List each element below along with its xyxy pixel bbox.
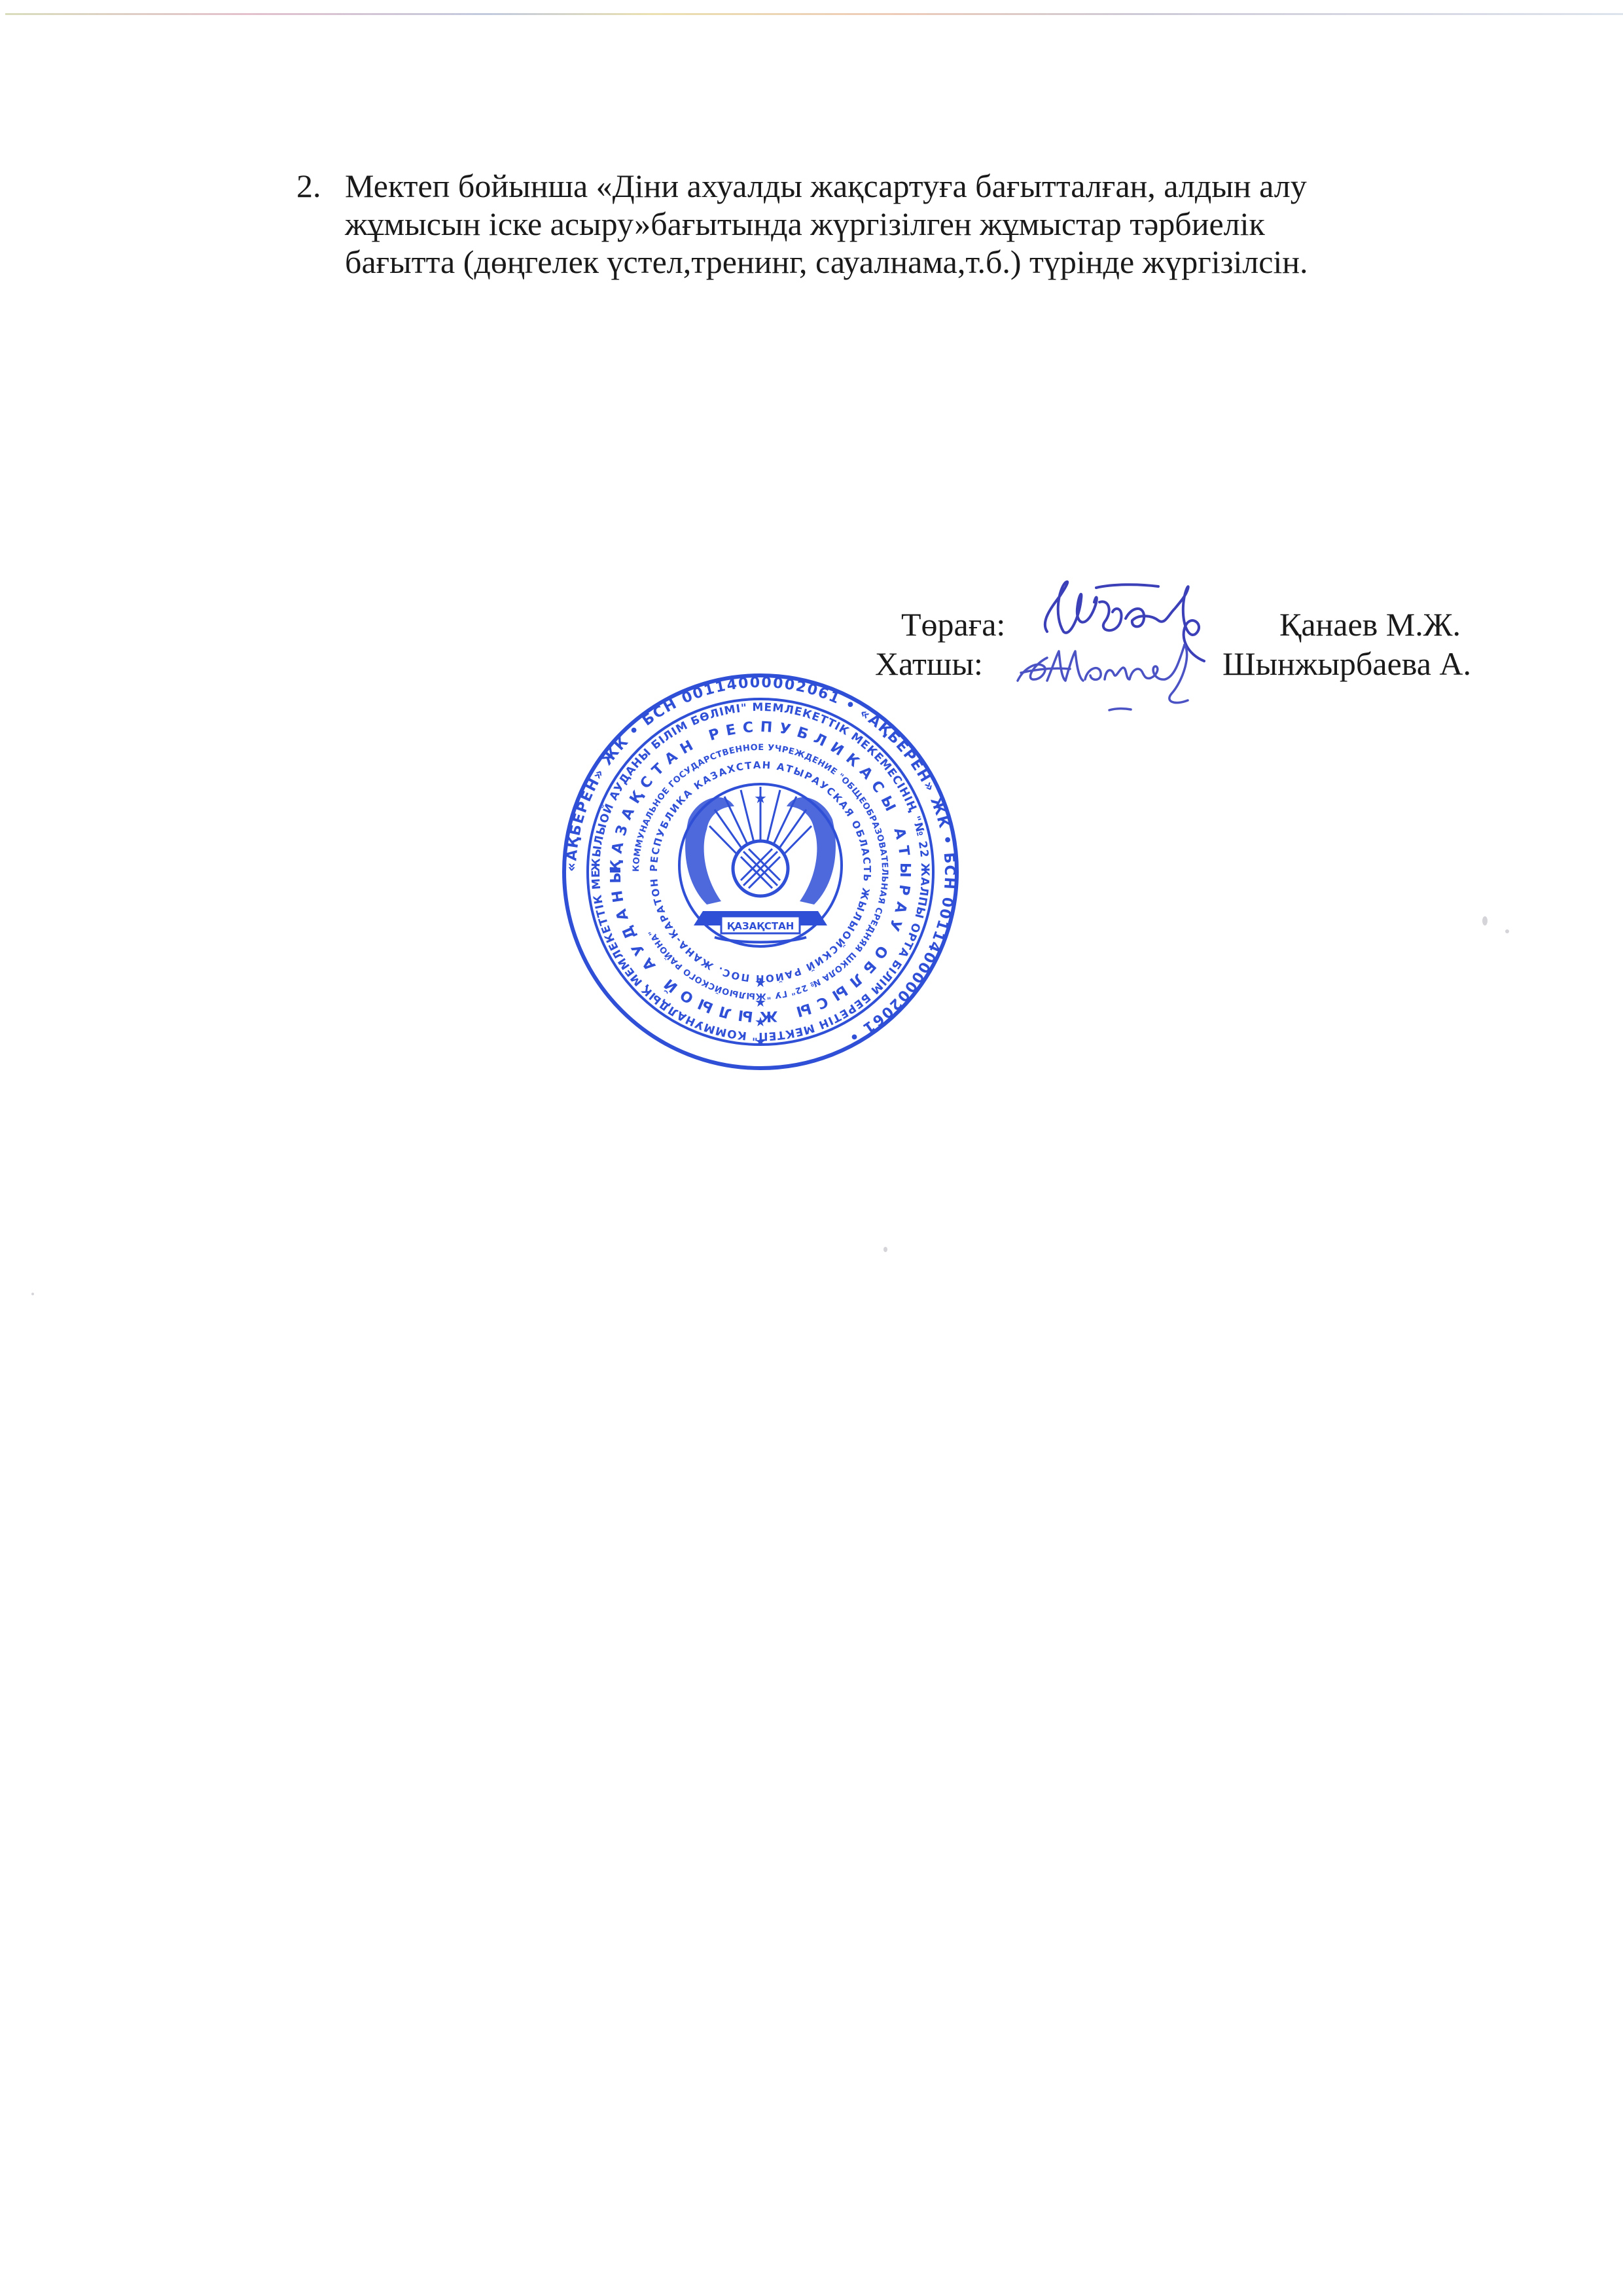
resolution-line: жұмысын іске асыру»бағытында жүргізілген… xyxy=(345,205,1503,243)
svg-text:★: ★ xyxy=(754,791,767,807)
chair-name: Қанаев М.Ж. xyxy=(1279,605,1461,643)
secretary-signature xyxy=(1008,628,1224,720)
official-stamp: «АҚБЕРЕН» ЖК • БСН 00114000002061 • «АҚБ… xyxy=(558,669,963,1075)
list-number: 2. xyxy=(296,167,321,205)
svg-text:★: ★ xyxy=(755,975,766,990)
state-emblem-icon: ★ ҚАЗАҚСТАН xyxy=(679,784,842,946)
stamp-emblem-label: ҚАЗАҚСТАН xyxy=(727,920,794,932)
svg-text:★: ★ xyxy=(755,1014,766,1030)
svg-text:★: ★ xyxy=(755,994,766,1010)
svg-text:★: ★ xyxy=(755,1033,766,1049)
resolution-line: Мектеп бойынша «Діни ахуалды жақсартуға … xyxy=(345,167,1503,205)
scan-speck xyxy=(31,1293,34,1295)
secretary-name: Шынжырбаева А. xyxy=(1222,645,1471,683)
scan-speck xyxy=(883,1247,887,1252)
scan-edge-line xyxy=(5,13,1623,15)
resolution-line: бағытта (дөңгелек үстел,тренинг, сауална… xyxy=(345,243,1503,281)
scan-speck xyxy=(1505,929,1509,933)
scan-speck xyxy=(1482,916,1488,925)
chair-label: Төраға: xyxy=(901,605,1005,643)
resolution-text: Мектеп бойынша «Діни ахуалды жақсартуға … xyxy=(345,167,1503,281)
